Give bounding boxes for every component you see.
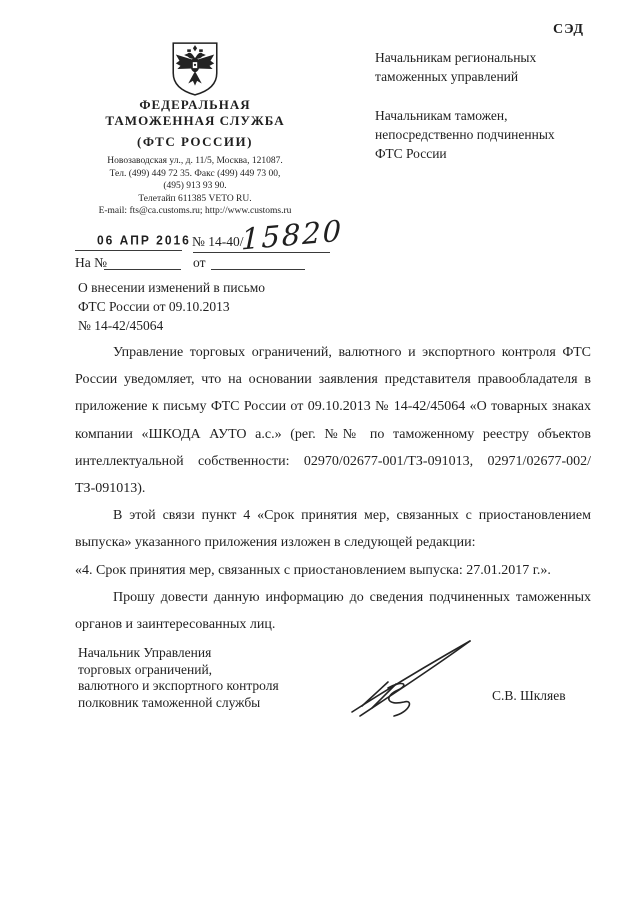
reply-number-label: На № (75, 255, 107, 271)
contact-info: Новозаводская ул., д. 11/5, Москва, 1210… (55, 155, 335, 218)
contact-line: Телетайп 611385 VETO RU. (55, 193, 335, 206)
body-paragraph: В этой связи пункт 4 «Срок принятия мер,… (75, 502, 591, 556)
reply-date-underline (211, 269, 305, 270)
number-typed: 14-40/ (208, 234, 243, 249)
org-name-line: ФЕДЕРАЛЬНАЯ (55, 97, 335, 113)
contact-line: Новозаводская ул., д. 11/5, Москва, 1210… (55, 155, 335, 168)
contact-line: E-mail: fts@ca.customs.ru; http://www.cu… (55, 205, 335, 218)
subject-block: О внесении изменений в письмо ФТС России… (78, 278, 378, 335)
addressee-line: непосредственно подчиненных (375, 125, 555, 144)
reply-number-underline (104, 269, 181, 270)
signer-title-line: Начальник Управления (78, 645, 279, 662)
signer-title-line: валютного и экспортного контроля (78, 678, 279, 695)
addressee-block-customs: Начальникам таможен, непосредственно под… (375, 106, 555, 163)
document-page: СЭД Начальникам региональных таможенных … (0, 0, 640, 905)
coat-of-arms-icon (169, 40, 221, 97)
sed-label: СЭД (553, 22, 584, 38)
subject-line: № 14-42/45064 (78, 316, 378, 335)
signer-title-line: полковник таможенной службы (78, 695, 279, 712)
contact-line: (495) 913 93 90. (55, 180, 335, 193)
addressee-block-regional: Начальникам региональных таможенных упра… (375, 48, 536, 86)
subject-line: О внесении изменений в письмо (78, 278, 378, 297)
org-name-line: ТАМОЖЕННАЯ СЛУЖБА (55, 113, 335, 129)
date-stamp: 06 АПР 2016 (97, 232, 191, 247)
subject-line: ФТС России от 09.10.2013 (78, 297, 378, 316)
signer-title-block: Начальник Управления торговых ограничени… (78, 645, 279, 711)
signer-title-line: торговых ограничений, (78, 662, 279, 679)
addressee-line: Начальникам региональных (375, 48, 536, 67)
reply-from-label: от (193, 255, 205, 271)
organization-name: ФЕДЕРАЛЬНАЯ ТАМОЖЕННАЯ СЛУЖБА (ФТС РОССИ… (55, 97, 335, 150)
addressee-line: Начальникам таможен, (375, 106, 555, 125)
handwritten-number: 15820 (241, 213, 343, 256)
addressee-line: таможенных управлений (375, 67, 536, 86)
date-underline (75, 250, 182, 251)
body-paragraph: Управление торговых ограничений, валютно… (75, 339, 591, 502)
number-sign: № (192, 234, 205, 249)
signer-name: С.В. Шкляев (492, 688, 566, 704)
contact-line: Тел. (499) 449 72 35. Факс (499) 449 73 … (55, 168, 335, 181)
outgoing-number: № 14-40/ (192, 234, 244, 250)
signature-icon (338, 628, 490, 723)
addressee-line: ФТС России (375, 144, 555, 163)
body-paragraph: «4. Срок принятия мер, связанных с приос… (75, 557, 591, 584)
body-paragraph: Прошу довести данную информацию до сведе… (75, 584, 591, 638)
org-name-line: (ФТС РОССИИ) (55, 134, 335, 150)
letter-body: Управление торговых ограничений, валютно… (75, 339, 591, 638)
